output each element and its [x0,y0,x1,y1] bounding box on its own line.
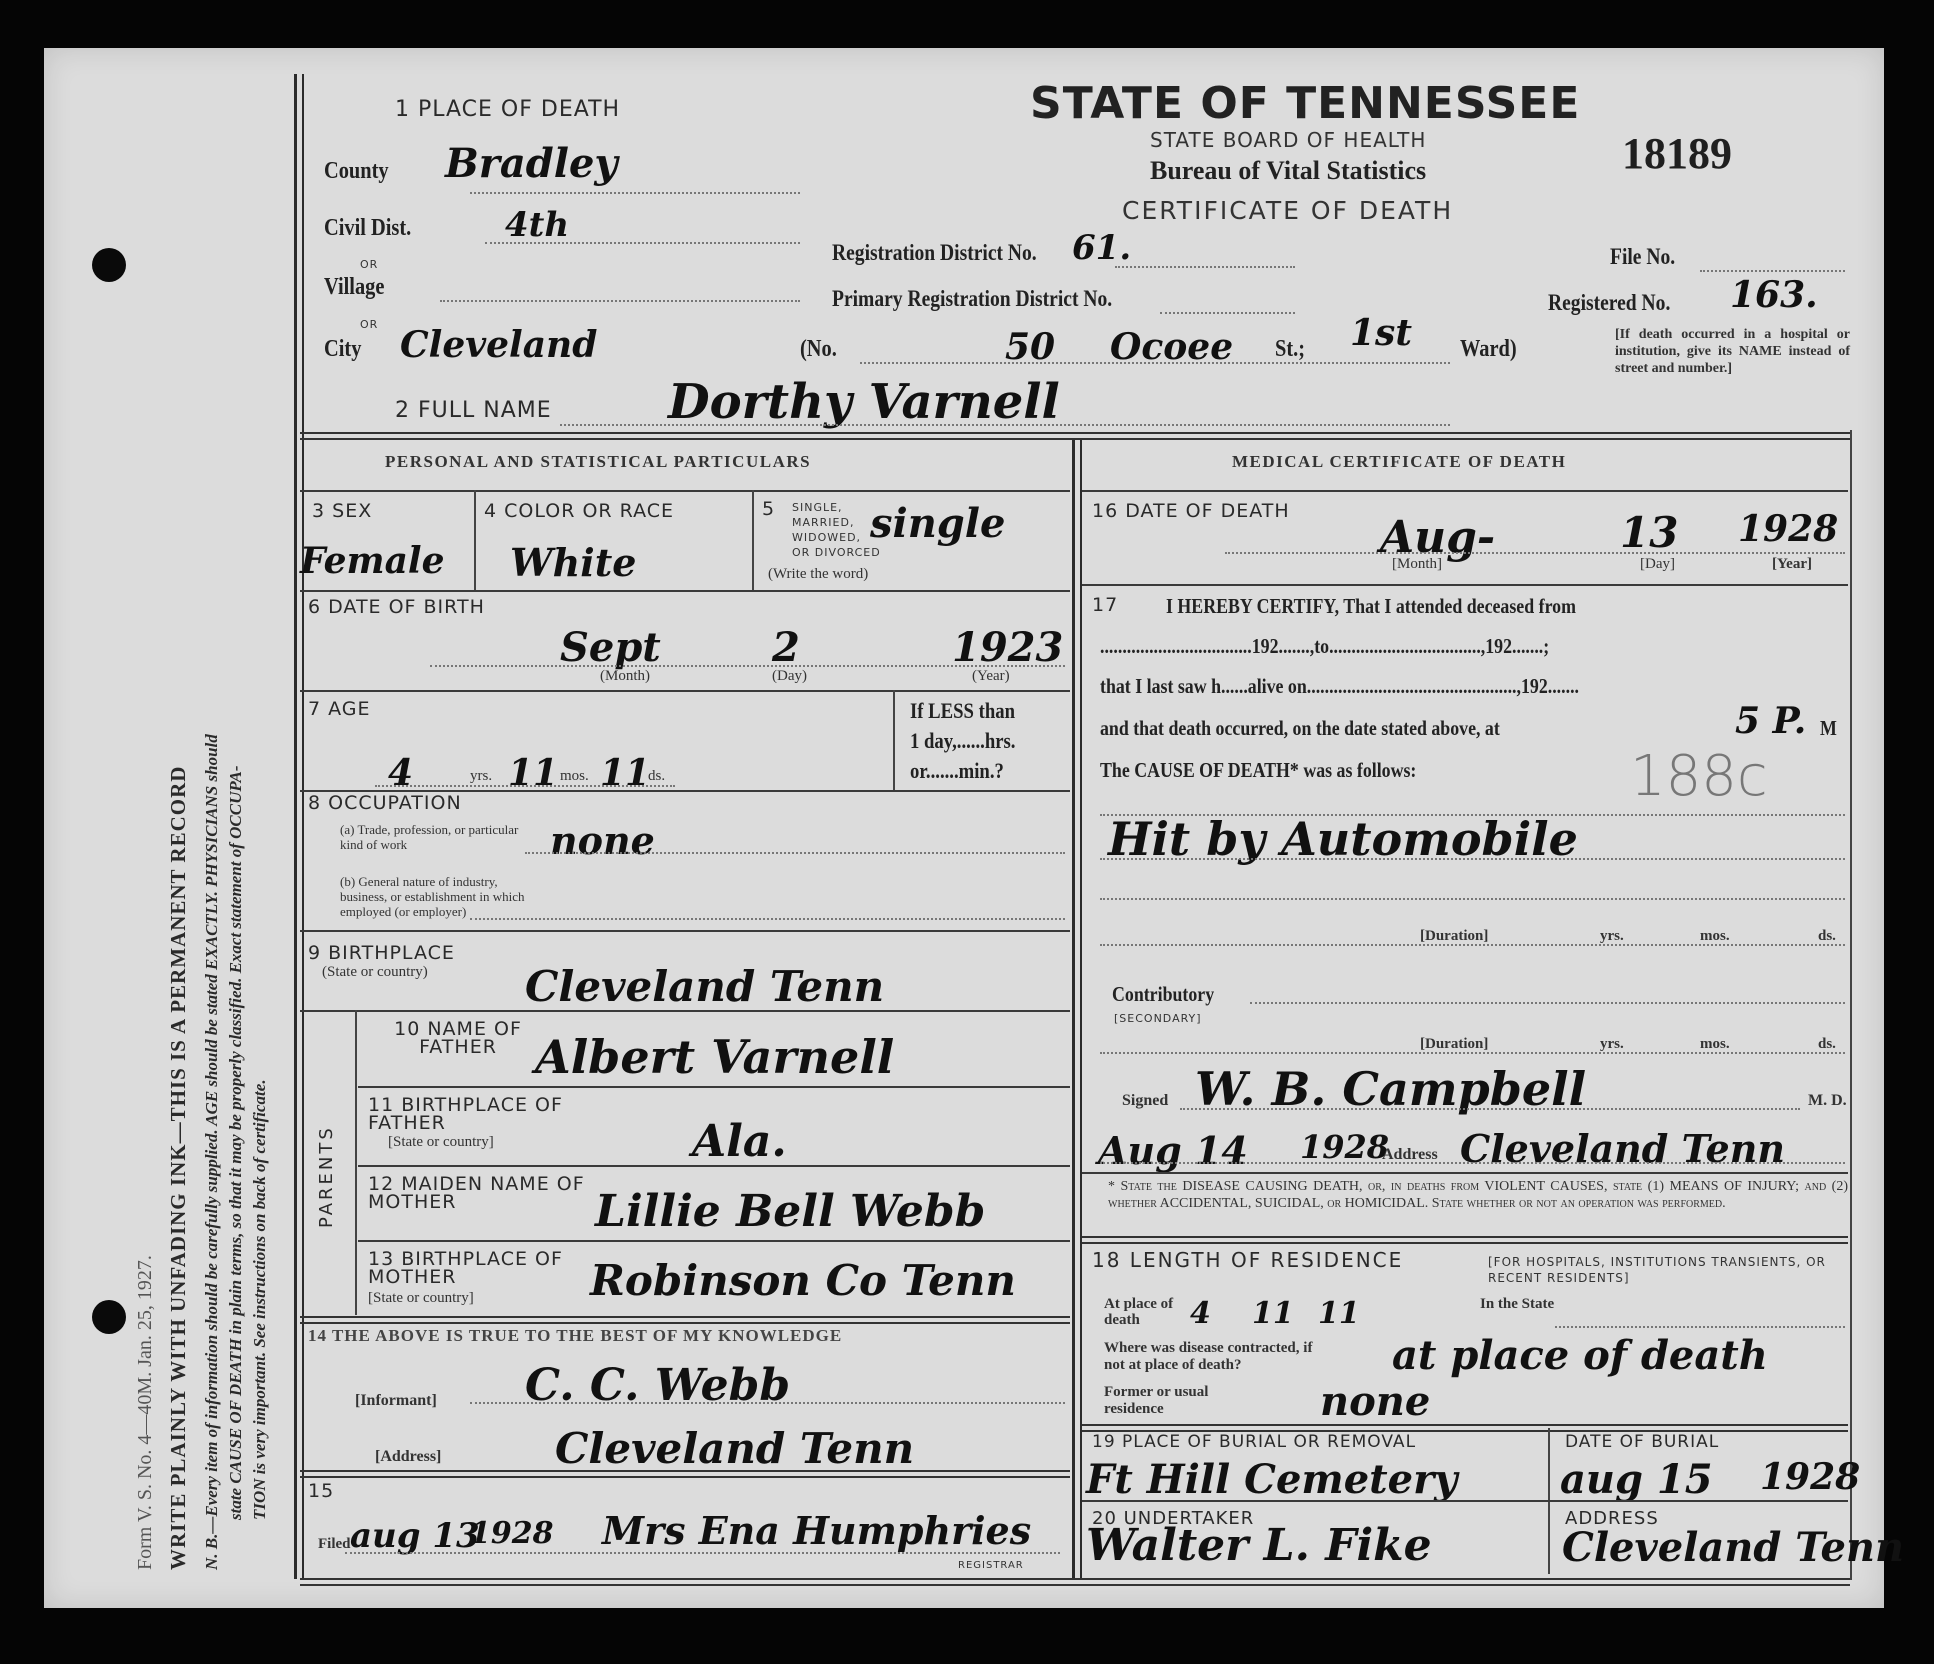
board-title: STATE BOARD OF HEALTH [1150,128,1426,152]
civil-dist-field[interactable]: 4th [505,205,569,245]
informant-line [470,1402,1065,1404]
street-label: St.; [1275,336,1305,363]
ward-label: Ward) [1460,336,1517,363]
yrs-label: yrs. [1600,928,1624,945]
father-birthplace-hint: [State or country] [388,1134,494,1151]
hospital-note: [If death occurred in a hospital or inst… [1615,326,1850,377]
cause-line [1100,898,1845,900]
death-occurred-label: and that death occurred, on the date sta… [1100,716,1500,741]
certify-number: 17 [1092,594,1118,616]
mother-name-label: 12 MAIDEN NAME OF MOTHER [368,1175,588,1211]
ds-label: ds. [1818,1036,1836,1053]
informant-heading: 14 THE ABOVE IS TRUE TO THE BEST OF MY K… [308,1326,842,1346]
filed-label: Filed [318,1536,351,1553]
city-field[interactable]: Cleveland [400,324,597,366]
former-residence-field[interactable]: none [1320,1378,1430,1425]
filed-number: 15 [308,1480,334,1502]
filed-date-field[interactable]: aug 13 [350,1516,480,1556]
burial-date-label: DATE OF BURIAL [1565,1432,1719,1452]
at-place-label: At place of death [1104,1296,1194,1328]
residence-label: 18 LENGTH OF RESIDENCE [1092,1248,1403,1272]
certificate-title: CERTIFICATE OF DEATH [1122,196,1453,225]
dob-year-hint: (Year) [972,668,1010,685]
full-name-field[interactable]: Dorthy Varnell [668,374,1060,430]
or-label: OR [360,318,378,331]
rule [1082,1500,1848,1502]
registrar-label: REGISTRAR [958,1560,1024,1571]
divider [752,490,754,590]
ward-field[interactable]: 1st [1350,312,1412,354]
city-label: City [324,336,361,363]
rule [358,1240,1070,1242]
in-state-label: In the State [1480,1296,1560,1312]
father-name-field[interactable]: Albert Varnell [535,1030,894,1084]
informant-address-field[interactable]: Cleveland Tenn [555,1424,914,1473]
rule [300,1316,1070,1324]
ds-label: ds. [1818,928,1836,945]
mos-label: mos. [1700,1036,1730,1053]
last-seen-field[interactable]: that I last saw h......alive on.........… [1100,674,1579,699]
birthplace-label: 9 BIRTHPLACE [308,942,455,964]
death-year-hint: [Year] [1772,556,1812,573]
nb-instruction-3: TION is very important. See instructions… [250,1079,270,1520]
undertaker-field[interactable]: Walter L. Fike [1086,1520,1432,1571]
burial-place-label: 19 PLACE OF BURIAL OR REMOVAL [1092,1432,1416,1452]
undertaker-address-field[interactable]: Cleveland Tenn [1562,1524,1904,1571]
min-field[interactable]: or.......min.? [910,758,1004,784]
state-title: STATE OF TENNESSEE [1030,78,1580,129]
attended-dates-field[interactable]: ..................................192...… [1100,634,1549,659]
bottom-rule [300,1578,1850,1586]
md-label: M. D. [1808,1092,1847,1110]
primary-reg-label: Primary Registration District No. [832,286,1112,312]
signature-line [1180,1108,1800,1110]
signed-label: Signed [1122,1092,1168,1110]
sign-date-field[interactable]: Aug 14 [1098,1128,1248,1173]
less-than-label: If LESS than [910,698,1015,724]
place-of-death-label: 1 PLACE OF DEATH [395,97,620,122]
residence-months-field[interactable]: 11 [1252,1296,1294,1331]
mother-name-field[interactable]: Lillie Bell Webb [595,1186,985,1237]
registered-no-field[interactable]: 163. [1730,274,1818,316]
village-field[interactable] [440,300,800,302]
cause-line [1100,858,1845,860]
section-rule [300,432,1850,440]
reg-district-field[interactable]: 61. [1072,228,1131,268]
physician-address-field[interactable]: Cleveland Tenn [1460,1126,1785,1171]
death-year-field[interactable]: 1928 [1738,508,1838,550]
file-no-field[interactable] [1700,270,1845,272]
marital-options: SINGLE, MARRIED, WIDOWED, OR DIVORCED [792,500,881,560]
punch-hole-icon [92,248,126,282]
registered-no-label: Registered No. [1548,290,1670,316]
dob-day-hint: (Day) [772,668,807,685]
occupation-label: 8 OCCUPATION [308,792,462,814]
full-name-label: 2 FULL NAME [395,398,552,423]
form-number: Form V. S. No. 4—40M. Jan. 25, 1927. [134,1255,157,1570]
death-date-line [1225,552,1845,554]
county-field[interactable]: Bradley [445,140,618,187]
burial-date-field[interactable]: aug 15 [1560,1456,1713,1503]
rule [358,1165,1070,1167]
rule [1082,1172,1848,1174]
street-line [860,362,1450,364]
birthplace-hint: (State or country) [322,964,428,981]
write-plainly-notice: WRITE PLAINLY WITH UNFADING INK—THIS IS … [166,766,191,1570]
father-birthplace-field[interactable]: Ala. [692,1116,787,1167]
dob-month-hint: (Month) [600,668,650,685]
registrar-field[interactable]: Mrs Ena Humphries [602,1508,1031,1553]
contributory-field[interactable] [1250,1002,1845,1004]
birthplace-field[interactable]: Cleveland Tenn [525,962,884,1011]
occupation-a-line [525,852,1065,854]
divider [474,490,476,590]
rule [300,690,1070,692]
duration-label: [Duration] [1420,928,1488,945]
former-residence-label: Former or usual residence [1104,1384,1224,1418]
age-line [375,785,675,787]
father-name-label: 10 NAME OF FATHER [368,1020,548,1056]
county-label: County [324,158,389,185]
form-right-border [1850,430,1852,1580]
medical-heading: MEDICAL CERTIFICATE OF DEATH [1232,452,1566,472]
sex-field[interactable]: Female [300,540,445,582]
nb-instruction-2: state CAUSE OF DEATH in plain terms, so … [226,766,246,1521]
marital-number: 5 [762,498,775,520]
mother-birthplace-label: 13 BIRTHPLACE OF MOTHER [368,1250,568,1286]
yrs-label: yrs. [1600,1036,1624,1053]
full-name-line [560,424,1450,426]
informant-label: [Informant] [355,1392,437,1410]
marital-status-field[interactable]: single [870,500,1005,547]
dob-day-field[interactable]: 2 [772,624,800,671]
reg-district-line [1115,266,1295,268]
rule [1082,1236,1848,1244]
classification-code: 188c [1630,744,1768,809]
sign-year-field[interactable]: 1928 [1300,1128,1389,1166]
secondary-label: [SECONDARY] [1114,1012,1202,1025]
age-years-field[interactable]: 4 [388,752,413,794]
duration-label: [Duration] [1420,1036,1488,1053]
residence-hint: [FOR HOSPITALS, INSTITUTIONS TRANSIENTS,… [1488,1254,1848,1286]
sex-label: 3 SEX [312,500,372,522]
residence-years-field[interactable]: 4 [1190,1296,1211,1331]
contracted-field[interactable]: at place of death [1392,1332,1768,1379]
meridiem-label: M [1820,716,1837,741]
civil-dist-label: Civil Dist. [324,215,411,242]
marital-hint: (Write the word) [768,566,868,583]
parents-label: PARENTS [316,1125,337,1228]
one-day-hrs-field[interactable]: 1 day,......hrs. [910,728,1015,754]
residence-days-field[interactable]: 11 [1318,1296,1360,1331]
occupation-b-field[interactable] [470,918,1065,920]
father-birthplace-label: 11 BIRTHPLACE OF FATHER [368,1096,588,1132]
rule [300,590,1070,592]
age-days-field[interactable]: 11 [600,752,650,794]
nb-instruction-1: N. B.—Every item of information should b… [202,734,222,1570]
cause-label: The CAUSE OF DEATH* was as follows: [1100,758,1416,783]
dob-label: 6 DATE OF BIRTH [308,596,485,618]
time-of-death-field[interactable]: 5 P. [1735,700,1806,742]
personal-heading: PERSONAL AND STATISTICAL PARTICULARS [385,452,811,472]
form-left-border [294,74,304,1579]
ds-label: ds. [648,768,665,785]
registrar-line [345,1552,1060,1554]
county-line [470,192,800,194]
rule [1082,490,1848,492]
reg-district-label: Registration District No. [832,240,1037,266]
rule [300,930,1070,932]
age-months-field[interactable]: 11 [508,752,558,794]
file-no-label: File No. [1610,244,1675,270]
burial-year-field[interactable]: 1928 [1760,1456,1860,1498]
rule [300,1010,1070,1012]
rule [300,1470,1070,1478]
death-month-hint: [Month] [1392,556,1442,573]
occupation-b-label: (b) General nature of industry, business… [340,874,540,919]
rule [1082,584,1848,586]
burial-place-field[interactable]: Ft Hill Cemetery [1086,1456,1457,1503]
filed-year-field[interactable]: 1928 [470,1516,554,1551]
punch-hole-icon [92,1300,126,1334]
civil-dist-line [485,242,800,244]
mos-label: mos. [1700,928,1730,945]
dob-year-field[interactable]: 1923 [952,624,1063,671]
mother-birthplace-hint: [State or country] [368,1290,474,1307]
divider [893,690,895,790]
or-label: OR [360,258,378,271]
bureau-title: Bureau of Vital Statistics [1150,156,1426,186]
race-label: 4 COLOR OR RACE [484,500,674,522]
death-day-hint: [Day] [1640,556,1675,573]
rule [1082,1424,1848,1432]
sign-date-line [1100,1162,1845,1164]
in-state-field[interactable] [1555,1326,1845,1328]
informant-address-label: [Address] [375,1448,441,1466]
dob-line [430,665,1065,667]
cause-footnote: * State the DISEASE CAUSING DEATH, or, i… [1108,1178,1848,1212]
occupation-a-field[interactable]: none [550,818,655,863]
contributory-label: Contributory [1112,982,1214,1007]
certificate-number: 18189 [1622,128,1732,179]
dob-month-field[interactable]: Sept [560,624,661,671]
death-day-field[interactable]: 13 [1620,508,1678,557]
age-label: 7 AGE [308,698,371,720]
occupation-a-label: (a) Trade, profession, or particular kin… [340,822,520,852]
center-divider [1072,440,1082,1580]
mother-birthplace-field[interactable]: Robinson Co Tenn [590,1256,1016,1305]
certify-line-1: I HEREBY CERTIFY, That I attended deceas… [1166,594,1576,619]
primary-reg-field[interactable] [1160,312,1295,314]
contracted-label: Where was disease contracted, if not at … [1104,1340,1334,1374]
race-field[interactable]: White [510,540,636,585]
rule [300,490,1070,492]
parents-divider [355,1010,357,1315]
street-no-label: (No. [800,336,837,363]
mos-label: mos. [560,768,589,785]
date-of-death-label: 16 DATE OF DEATH [1092,500,1290,522]
village-label: Village [324,274,384,301]
yrs-label: yrs. [470,768,492,785]
rule [358,1086,1070,1088]
